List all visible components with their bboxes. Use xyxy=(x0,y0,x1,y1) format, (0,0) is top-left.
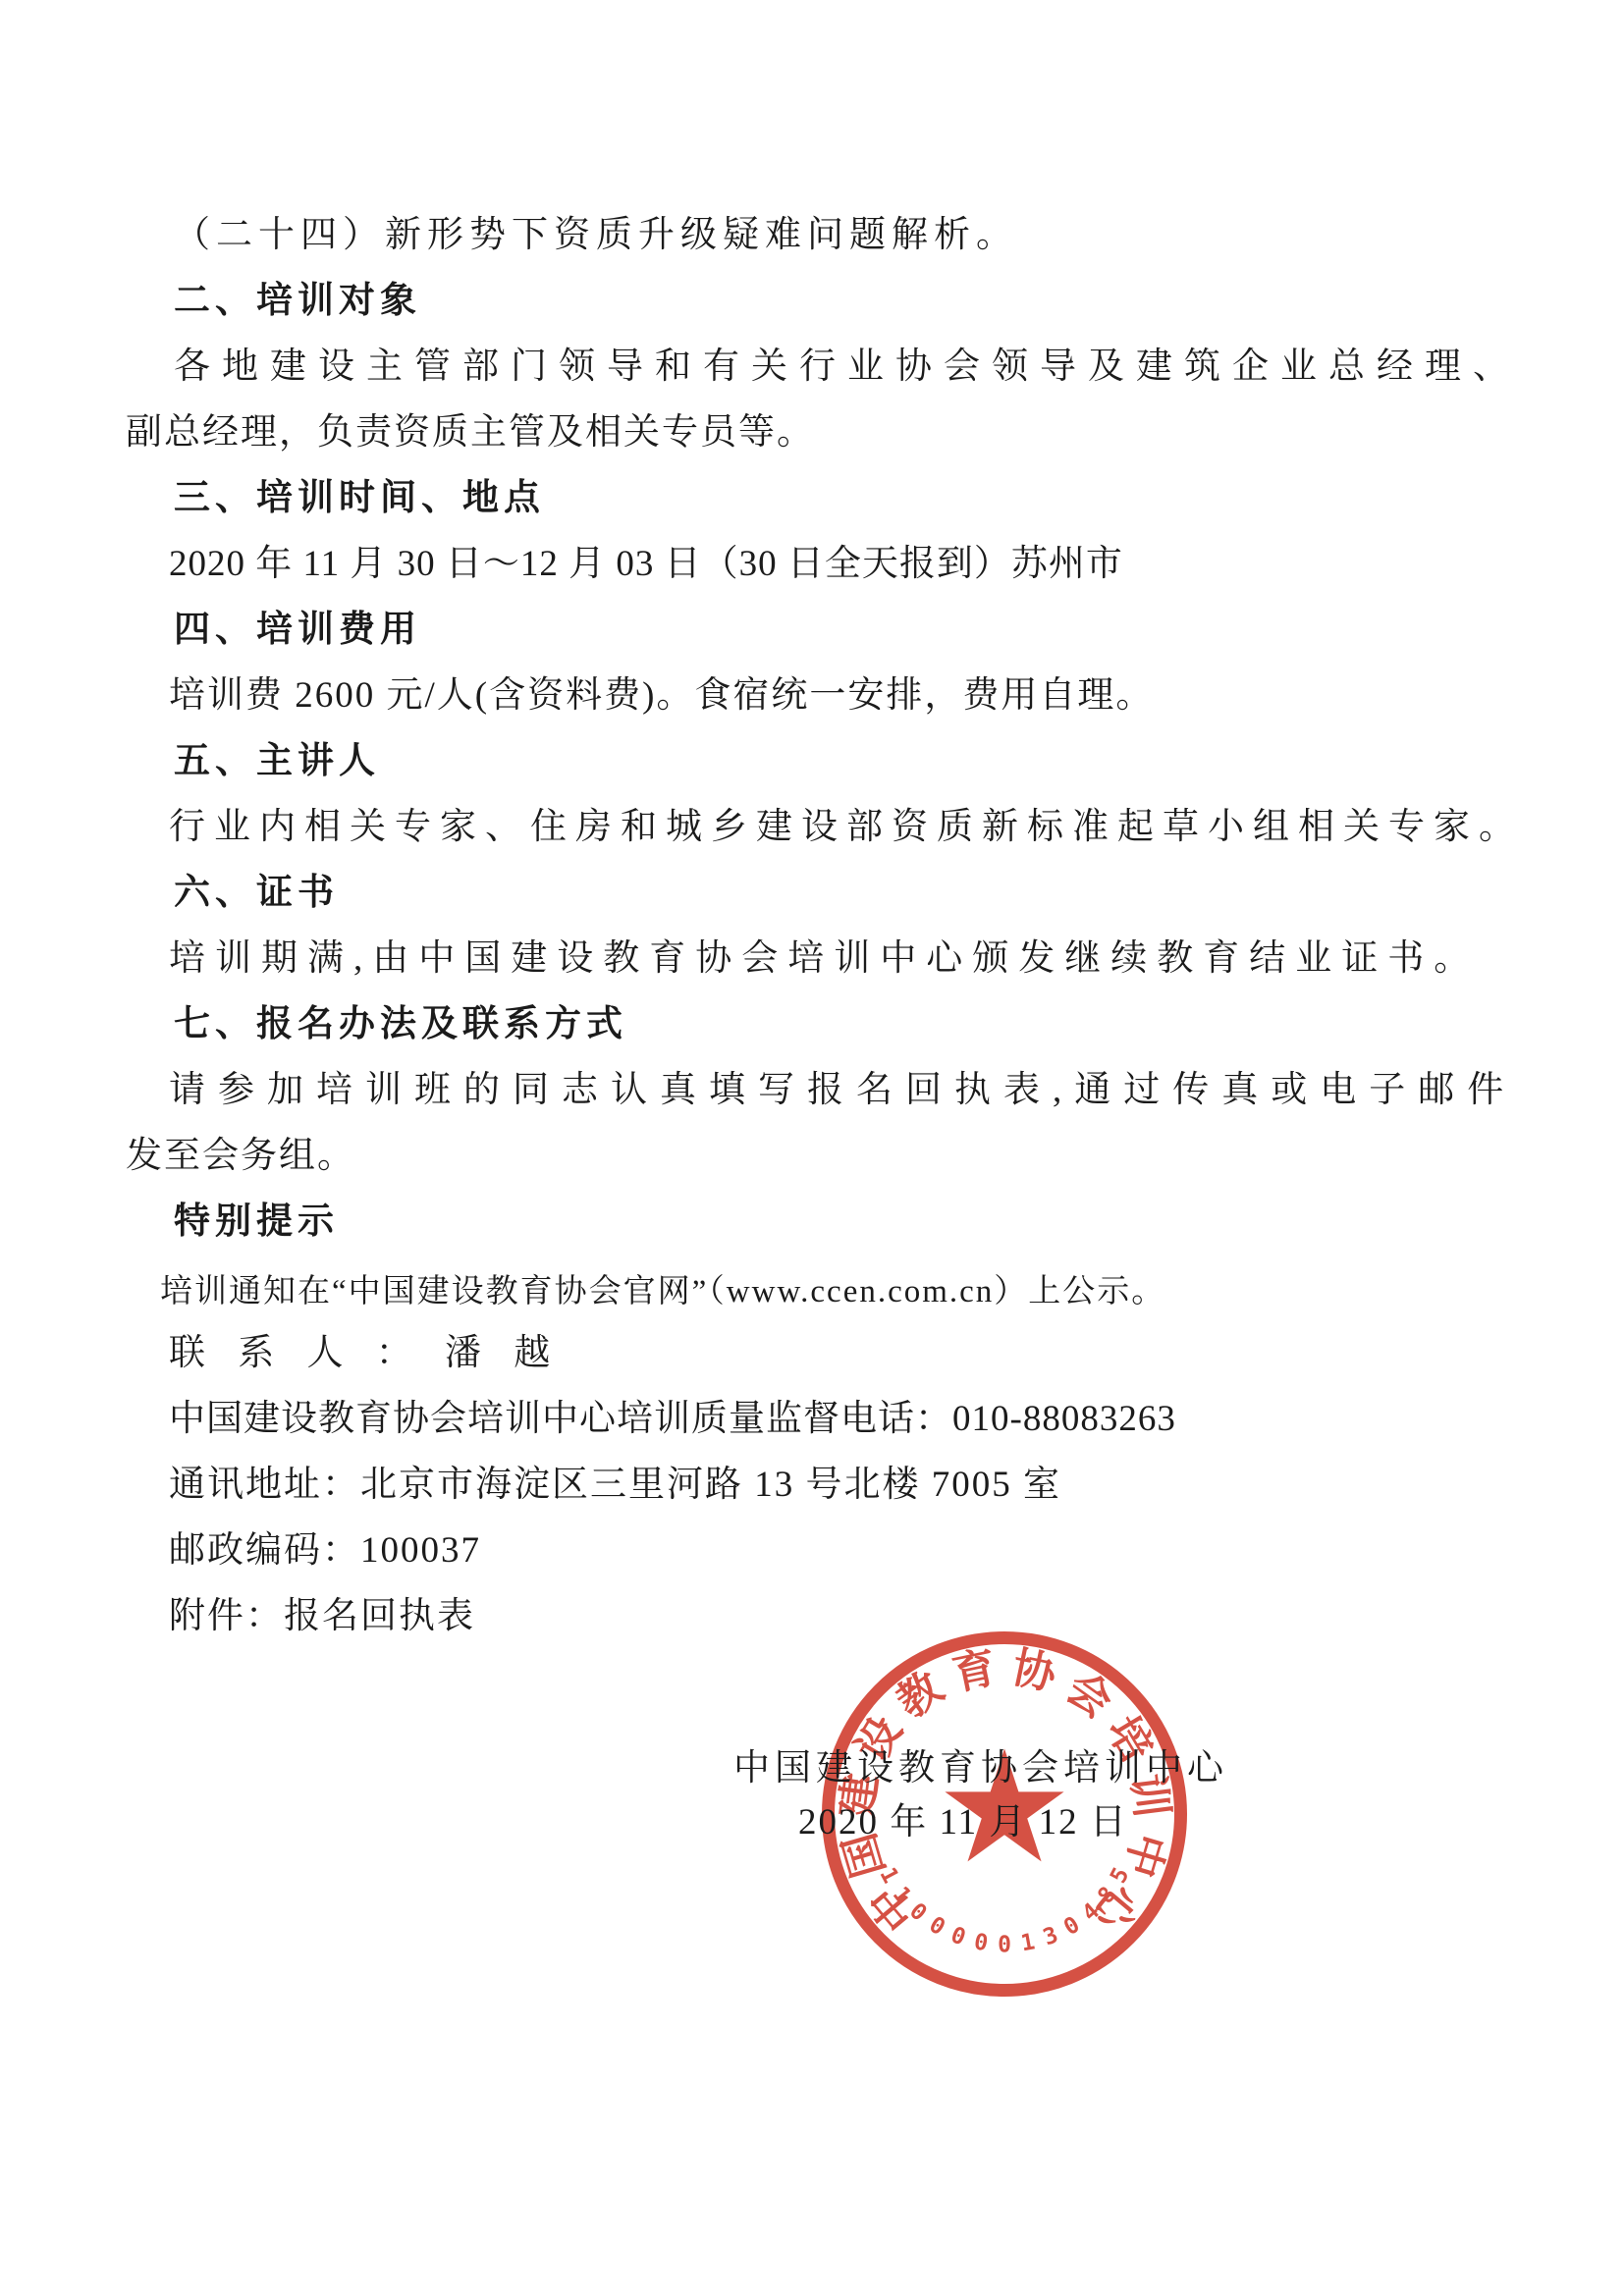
body-line: 请参加培训班的同志认真填写报名回执表,通过传真或电子邮件 xyxy=(169,1067,1516,1114)
section-heading-registration: 七、报名办法及联系方式 xyxy=(174,1001,627,1048)
body-line: 2020 年 11 月 30 日～12 月 03 日（30 日全天报到）苏州市 xyxy=(169,541,1123,588)
document-page: （二十四）新形势下资质升级疑难问题解析。 二、培训对象 各地建设主管部门领导和有… xyxy=(0,0,1624,2296)
body-line-official-site: 培训通知在“中国建设教育协会官网”（www.ccen.com.cn）上公示。 xyxy=(160,1268,1165,1315)
section-heading-certificate: 六、证书 xyxy=(174,870,339,917)
body-line: 发至会务组。 xyxy=(126,1133,355,1180)
section-heading-time-place: 三、培训时间、地点 xyxy=(174,475,545,522)
body-line-supervision-phone: 中国建设教育协会培训中心培训质量监督电话：010-88083263 xyxy=(169,1396,1176,1443)
body-line: （二十四）新形势下资质升级疑难问题解析。 xyxy=(174,212,1018,259)
section-heading-special-note: 特别提示 xyxy=(174,1199,339,1246)
body-line: 培训费 2600 元/人(含资料费)。食宿统一安排，费用自理。 xyxy=(169,672,1154,720)
signature-date: 2020 年 11 月 12 日 xyxy=(798,1799,1128,1846)
body-line: 各地建设主管部门领导和有关行业协会领导及建筑企业总经理、 xyxy=(174,344,1521,391)
body-line-mail-address: 通讯地址：北京市海淀区三里河路 13 号北楼 7005 室 xyxy=(169,1462,1061,1509)
body-line-postal-code: 邮政编码：100037 xyxy=(169,1527,481,1575)
section-heading-speakers: 五、主讲人 xyxy=(174,738,380,785)
section-heading-fee: 四、培训费用 xyxy=(174,607,421,654)
body-line: 副总经理，负责资质主管及相关专员等。 xyxy=(126,409,815,456)
body-line: 行业内相关专家、住房和城乡建设部资质新标准起草小组相关专家。 xyxy=(169,804,1524,851)
section-heading-training-target: 二、培训对象 xyxy=(174,278,421,325)
signature-organization: 中国建设教育协会培训中心 xyxy=(733,1745,1228,1792)
body-line-contact-person: 联 系 人 ： 潘 越 xyxy=(169,1330,562,1377)
body-line: 培训期满,由中国建设教育协会培训中心颁发继续教育结业证书。 xyxy=(169,935,1480,983)
body-line-attachment: 附件：报名回执表 xyxy=(169,1593,475,1640)
